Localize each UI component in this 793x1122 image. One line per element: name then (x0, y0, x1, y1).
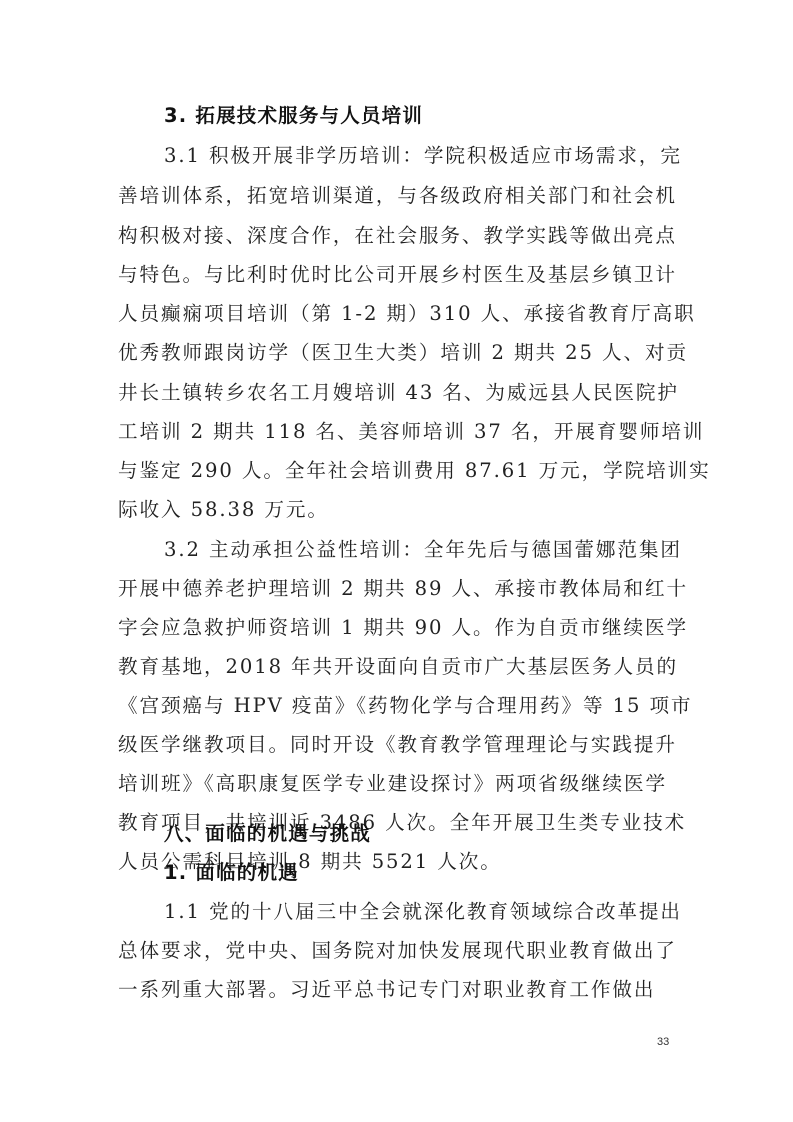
paragraph-line: 1.1 党的十八届三中全会就深化教育领域综合改革提出 (164, 900, 682, 924)
paragraph-line: 与鉴定 290 人。全年社会培训费用 87.61 万元，学院培训实 (118, 459, 711, 483)
paragraph-line: 级医学继教项目。同时开设《教育教学管理理论与实践提升 (118, 733, 677, 757)
paragraph-line: 3.1 积极开展非学历培训：学院积极适应市场需求，完 (164, 144, 682, 168)
section-heading: 3. 拓展技术服务与人员培训 (164, 104, 423, 128)
paragraph-line: 教育基地，2018 年共开设面向自贡市广大基层医务人员的 (118, 655, 678, 679)
paragraph-line: 构积极对接、深度合作，在社会服务、教学实践等做出亮点 (118, 224, 677, 248)
document-page: 3. 拓展技术服务与人员培训 3.1 积极开展非学历培训：学院积极适应市场需求，… (0, 0, 793, 1122)
paragraph-line: 《宫颈癌与 HPV 疫苗》《药物化学与合理用药》等 15 项市 (118, 694, 692, 718)
paragraph-line: 际收入 58.38 万元。 (118, 498, 329, 522)
paragraph-line: 开展中德养老护理培训 2 期共 89 人、承接市教体局和红十 (118, 577, 688, 601)
paragraph-line: 善培训体系，拓宽培训渠道，与各级政府相关部门和社会机 (118, 184, 677, 208)
paragraph-line: 总体要求，党中央、国务院对加快发展现代职业教育做出了 (118, 939, 677, 963)
paragraph-line: 井长土镇转乡农名工月嫂培训 43 名、为威远县人民医院护 (118, 381, 679, 405)
subsection-heading: 1. 面临的机遇 (164, 861, 299, 885)
paragraph-line: 字会应急救护师资培训 1 期共 90 人。作为自贡市继续医学 (118, 616, 688, 640)
chapter-heading: 八、面临的机遇与挑战 (164, 822, 371, 846)
page-number: 33 (657, 1036, 669, 1048)
paragraph-line: 3.2 主动承担公益性培训：全年先后与德国蕾娜范集团 (164, 538, 682, 562)
paragraph-line: 培训班》《高职康复医学专业建设探讨》两项省级继续医学 (118, 772, 667, 796)
paragraph-line: 与特色。与比利时优时比公司开展乡村医生及基层乡镇卫计 (118, 263, 677, 287)
paragraph-line: 一系列重大部署。习近平总书记专门对职业教育工作做出 (118, 978, 655, 1002)
paragraph-line: 工培训 2 期共 118 名、美容师培训 37 名，开展育婴师培训 (118, 420, 704, 444)
paragraph-line: 人员癫痫项目培训（第 1-2 期）310 人、承接省教育厅高职 (118, 302, 696, 326)
paragraph-line: 优秀教师跟岗访学（医卫生大类）培训 2 期共 25 人、对贡 (118, 341, 688, 365)
